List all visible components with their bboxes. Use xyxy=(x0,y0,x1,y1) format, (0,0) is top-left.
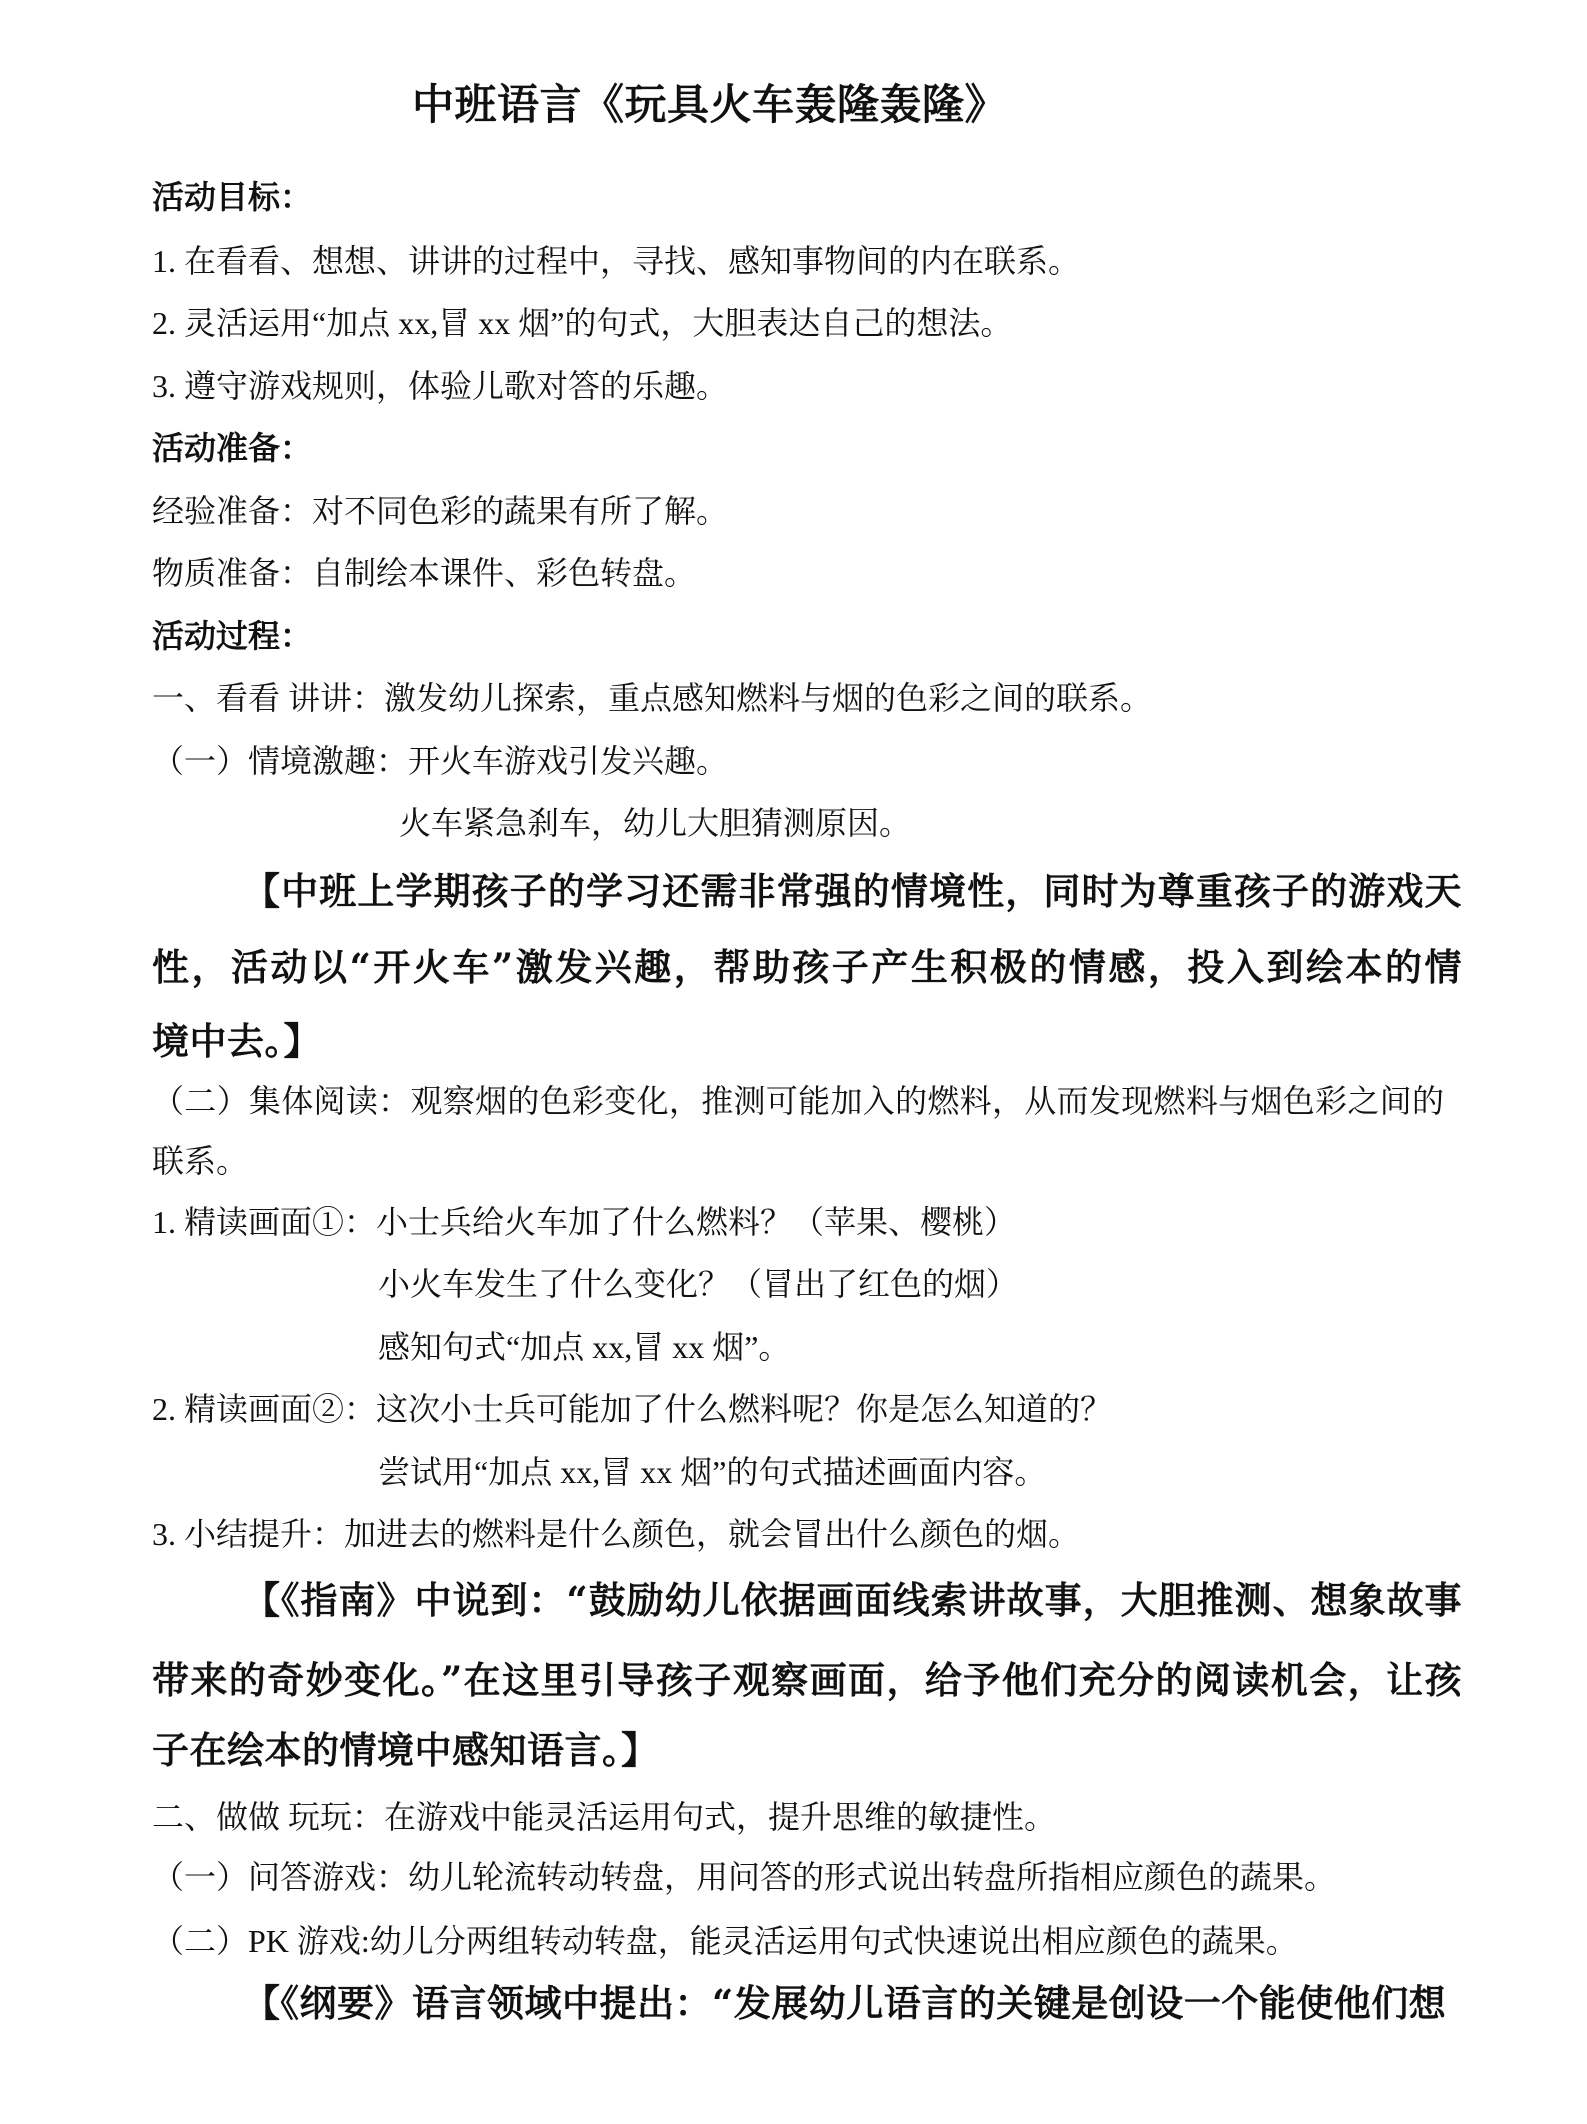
commentary-1-line-3: 境中去。】 xyxy=(152,1003,321,1079)
commentary-2-line-3: 子在绘本的情境中感知语言。】 xyxy=(152,1712,659,1788)
preparation-heading: 活动准备： xyxy=(152,416,312,480)
process-section2-intro: 二、做做 玩玩：在游戏中能灵活运用句式，提升思维的敏捷性。 xyxy=(152,1785,1056,1849)
game-pk: （二）PK 游戏:幼儿分两组转动转盘，能灵活运用句式快速说出相应颜色的蔬果。 xyxy=(152,1909,1298,1973)
preparation-material: 物质准备：自制绘本课件、彩色转盘。 xyxy=(152,541,696,605)
commentary-1-line-2: 性，活动以“开火车”激发兴趣，帮助孩子产生积极的情感，投入到绘本的情 xyxy=(152,929,1462,1005)
reading-2: 2. 精读画面②：这次小士兵可能加了什么燃料呢？你是怎么知道的？ xyxy=(152,1377,1112,1441)
commentary-2-line-1: 【《指南》中说到：“鼓励幼儿依据画面线索讲故事，大胆推测、想象故事 xyxy=(243,1562,1462,1638)
commentary-1-line-1: 【中班上学期孩子的学习还需非常强的情境性，同时为尊重孩子的游戏天 xyxy=(243,853,1462,929)
summary-line: 3. 小结提升：加进去的燃料是什么颜色，就会冒出什么颜色的烟。 xyxy=(152,1502,1080,1566)
reading-1: 1. 精读画面①：小士兵给火车加了什么燃料？（苹果、樱桃） xyxy=(152,1190,1016,1254)
reading-2-continuation: 尝试用“加点 xx,冒 xx 烟”的句式描述画面内容。 xyxy=(378,1440,1046,1504)
commentary-3-line-1: 【《纲要》语言领域中提出：“发展幼儿语言的关键是创设一个能使他们想 xyxy=(243,1965,1446,2041)
reading-1-question-2: 小火车发生了什么变化？（冒出了红色的烟） xyxy=(378,1252,1018,1316)
process-heading: 活动过程： xyxy=(152,604,312,668)
goal-item-3: 3. 遵守游戏规则，体验儿歌对答的乐趣。 xyxy=(152,354,728,418)
group-reading-line-1: （二）集体阅读：观察烟的色彩变化，推测可能加入的燃料，从而发现燃料与烟色彩之间的 xyxy=(152,1069,1444,1133)
process-section1-intro: 一、看看 讲讲：激发幼儿探索，重点感知燃料与烟的色彩之间的联系。 xyxy=(152,666,1152,730)
reading-1-question-3: 感知句式“加点 xx,冒 xx 烟”。 xyxy=(378,1315,790,1379)
page-title: 中班语言《玩具火车轰隆轰隆》 xyxy=(412,78,1007,134)
goal-item-1: 1. 在看看、想想、讲讲的过程中，寻找、感知事物间的内在联系。 xyxy=(152,229,1080,293)
scene-interest-continuation: 火车紧急刹车，幼儿大胆猜测原因。 xyxy=(399,791,911,855)
group-reading-line-2: 联系。 xyxy=(152,1129,248,1193)
goal-item-2: 2. 灵活运用“加点 xx,冒 xx 烟”的句式，大胆表达自己的想法。 xyxy=(152,291,1012,355)
document-page: 中班语言《玩具火车轰隆轰隆》 活动目标： 1. 在看看、想想、讲讲的过程中，寻找… xyxy=(0,0,1587,2124)
goals-heading: 活动目标： xyxy=(152,165,312,229)
commentary-2-line-2: 带来的奇妙变化。”在这里引导孩子观察画面，给予他们充分的阅读机会，让孩 xyxy=(152,1642,1462,1718)
preparation-experience: 经验准备：对不同色彩的蔬果有所了解。 xyxy=(152,479,728,543)
game-qa: （一）问答游戏：幼儿轮流转动转盘，用问答的形式说出转盘所指相应颜色的蔬果。 xyxy=(152,1845,1336,1909)
scene-interest: （一）情境激趣：开火车游戏引发兴趣。 xyxy=(152,729,728,793)
